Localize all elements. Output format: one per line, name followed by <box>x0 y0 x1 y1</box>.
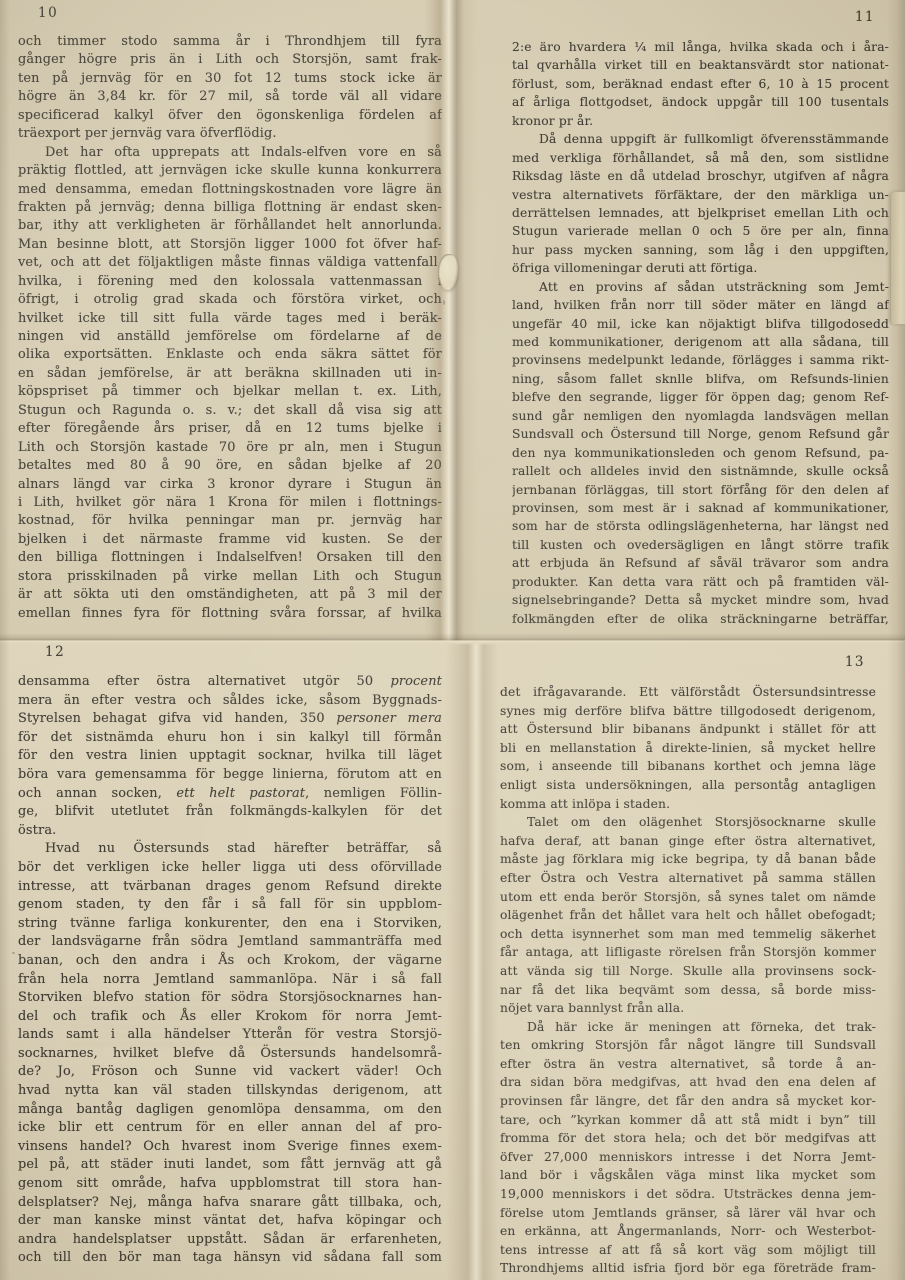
page-text: och timmer stodo samma år i Throndhjem t… <box>18 33 442 623</box>
text-line: hur pass mycken sanning, som låg i den u… <box>512 241 889 259</box>
paper-speck <box>12 952 15 954</box>
text-line: densamma efter östra alternativet utgör … <box>18 673 442 692</box>
text-line: folkmängden efter de olika sträckningarn… <box>512 610 889 628</box>
text-line: det ifrågavarande. Ett välförstådt Öster… <box>500 683 876 702</box>
page-text: det ifrågavarande. Ett välförstådt Öster… <box>500 683 876 1278</box>
text-line: ge, blifvit utetlutet från folkmängds-ka… <box>18 803 442 822</box>
paper-speck <box>443 300 445 305</box>
text-line: att vända sig till Norge. Skulle alla pr… <box>500 962 876 981</box>
text-line: att erbjuda än Refsund af såväl trävaror… <box>512 554 889 572</box>
text-line: del och trafik och Ås eller Krokom för n… <box>18 1008 442 1027</box>
text-line: icke blir ett centrum för en eller annan… <box>18 1119 442 1138</box>
text-line: delsplatser? Nej, många hafva snarare gå… <box>18 1194 442 1213</box>
text-line: der man kanske minst väntat det, hafva k… <box>18 1212 442 1231</box>
text-line: vestra alternativets förfäktare, der den… <box>512 186 889 204</box>
text-line: provinsen, som mest är i saknad af kommu… <box>512 499 889 517</box>
text-line: Stugun varierade mellan 0 och 5 öre per … <box>512 222 889 240</box>
text-line: ungefär 40 mil, icke kan nöjaktigt blifv… <box>512 315 889 333</box>
text-line: bör det verkligen icke heller ligga uti … <box>18 859 442 878</box>
text-line: Sundsvall och Östersund till Norge, geno… <box>512 425 889 443</box>
text-line: af årliga flottgodset, ändock uppgår til… <box>512 93 889 111</box>
text-line: der landsvägarne från södra Jemtland sam… <box>18 933 442 952</box>
text-line: Talet om den olägenhet Storsjösocknarne … <box>500 813 876 832</box>
page-number: 10 <box>38 5 58 21</box>
text-line: den nya kommunikationsleden och genom Re… <box>512 444 889 462</box>
text-line: östra. <box>18 822 442 841</box>
spread-pages-12-13: 12 densamma efter östra alternativet utg… <box>0 642 905 1280</box>
text-line: sund går nemligen den nyomlagda landsväg… <box>512 407 889 425</box>
text-line: bli en mellanstation å direkte-linien, s… <box>500 739 876 758</box>
text-line: 19,000 menniskors i det södra. Utsträcke… <box>500 1185 876 1204</box>
text-line: blefve den segrande, ligger för öppen da… <box>512 388 889 406</box>
text-line: måste jag förklara mig icke begripa, ty … <box>500 850 876 869</box>
text-line: banan, och den andra i Ås och Krokom, de… <box>18 952 442 971</box>
text-line: signelsebringande? Detta så mycket mindr… <box>512 591 889 609</box>
text-line: hvilket icke till sitt fulla värde tages… <box>18 310 442 328</box>
text-line: gånger högre pris än i Lith och Storsjön… <box>18 51 442 69</box>
text-line: vinsens handel? Och hvarest inom Sverige… <box>18 1138 442 1157</box>
text-line: med densamma, emedan flottningskostnaden… <box>18 181 442 199</box>
text-line: präktig flottled, att jernvägen icke sku… <box>18 162 442 180</box>
text-line: efter östra än vestra alternativet, så t… <box>500 1055 876 1074</box>
page-number: 11 <box>855 9 875 25</box>
text-line: Det har ofta upprepats att Indals-elfven… <box>18 144 442 162</box>
page-number: 13 <box>845 654 865 670</box>
text-line: Stugun och Ragunda o. s. v.; det skall d… <box>18 402 442 420</box>
text-line: 2:e äro hvardera ¼ mil långa, hvilka ska… <box>512 38 889 56</box>
text-line: med verkliga förhållandet, så må den, so… <box>512 149 889 167</box>
text-line: tal qvarhålla virket till en beaktansvär… <box>512 56 889 74</box>
text-line: produkter. Kan detta vara rätt och på fr… <box>512 573 889 591</box>
text-line: många bantåg dagligen genomlöpa densamma… <box>18 1101 442 1120</box>
text-line: för det sistnämda ehuru hon i sin kalkyl… <box>18 729 442 748</box>
text-line: Riksdag läste en då utdelad broschyr, ut… <box>512 167 889 185</box>
gutter-shadow <box>446 642 498 1280</box>
text-line: som, i anseende till bibanans korthet oc… <box>500 757 876 776</box>
text-line: efter Östra och Vestra alternativet på s… <box>500 869 876 888</box>
text-line: de? Jo, Fröson och Sunne vid vackert väd… <box>18 1063 442 1082</box>
text-line: frakten på jernväg; denna billiga flottn… <box>18 199 442 217</box>
text-line: rallelt och alldeles invid den sistnämnd… <box>512 462 889 480</box>
text-line: kostnad, för hvilka penningar man pr. je… <box>18 512 442 530</box>
text-line: och timmer stodo samma år i Throndhjem t… <box>18 33 442 51</box>
page-number: 12 <box>45 644 65 660</box>
text-line: tare, och ”kyrkan kommer då att stå midt… <box>500 1111 876 1130</box>
text-line: genom sitt område, hafva uppblomstrat ti… <box>18 1175 442 1194</box>
page-text: densamma efter östra alternativet utgör … <box>18 673 442 1268</box>
text-line: mera än efter vestra och såldes icke, så… <box>18 692 442 711</box>
text-line: en erkänna, att Ångermanlands, Norr- och… <box>500 1222 876 1241</box>
text-line: förlust, som, beräknad endast efter 6, 1… <box>512 75 889 93</box>
text-line: alnars längd var cirka 3 kronor dyrare i… <box>18 476 442 494</box>
text-line: kronor pr år. <box>512 112 889 130</box>
text-line: specificerad kalkyl öfver den ögonskenli… <box>18 107 442 125</box>
text-line: en sådan jemförelse, är att beräkna skil… <box>18 365 442 383</box>
page-12: 12 densamma efter östra alternativet utg… <box>18 642 442 1280</box>
text-line: Storviken blefvo station för södra Stors… <box>18 989 442 1008</box>
text-line: från hela norra Jemtland sammanlöpa. När… <box>18 971 442 990</box>
text-line: lands samt i alla händelser Ytterån för … <box>18 1026 442 1045</box>
text-line: pel på, att städer inuti landet, som fåt… <box>18 1156 442 1175</box>
text-line: komma att inlöpa i staden. <box>500 795 876 814</box>
text-line: string tvänne farliga konkurenter, den e… <box>18 915 442 934</box>
text-line: andra handelsplatser uppstått. Sådan är … <box>18 1231 442 1250</box>
spread-pages-10-11: 10 och timmer stodo samma år i Throndhje… <box>0 0 905 642</box>
text-line: att Östersund blir bibanans ändpunkt i s… <box>500 720 876 739</box>
text-line: i Lith, hvilket gör nära 1 Krona för mil… <box>18 494 442 512</box>
page-11: 11 2:e äro hvardera ¼ mil långa, hvilka … <box>512 0 889 642</box>
text-line: bjelken i det närmaste framme vid kusten… <box>18 531 442 549</box>
text-line: ning, såsom fallet sknlle blifva, om Ref… <box>512 370 889 388</box>
text-line: ningen vid anställd jemförelse om fördel… <box>18 328 442 346</box>
text-line: den billiga flottningen i Indalselfven! … <box>18 549 442 567</box>
text-line: Då denna uppgift är fullkomligt öfverens… <box>512 130 889 148</box>
page-13: 13 det ifrågavarande. Ett välförstådt Ös… <box>500 642 876 1280</box>
text-line: hvilka, i förening med den kolossala vat… <box>18 273 442 291</box>
text-line: nöjet vara bannlyst från alla. <box>500 999 876 1018</box>
text-line: för den vestra linien upptagit socknar, … <box>18 747 442 766</box>
page-text: 2:e äro hvardera ¼ mil långa, hvilka ska… <box>512 38 889 628</box>
text-line: böra vara gemensamma för begge linierna,… <box>18 766 442 785</box>
text-line: land, hvilken från norr till söder mäter… <box>512 296 889 314</box>
text-line: stora prisskilnaden på virke mellan Lith… <box>18 568 442 586</box>
text-line: högre än 3,84 kr. för 27 mil, så torde v… <box>18 88 442 106</box>
page-10: 10 och timmer stodo samma år i Throndhje… <box>18 0 442 642</box>
text-line: med kommunikationer, derigenom att alla … <box>512 333 889 351</box>
text-line: Att en provins af sådan utsträckning som… <box>512 278 889 296</box>
text-line: nar få det lika beqvämt som dessa, så bo… <box>500 981 876 1000</box>
text-line: hafva deraf, att banan ginge efter östra… <box>500 832 876 851</box>
text-line: träexport per jernväg vara öfverflödig. <box>18 125 442 143</box>
text-line: utom ett enda berör Storsjön, så synes t… <box>500 888 876 907</box>
text-line: ten omkring Storsjön får något längre ti… <box>500 1036 876 1055</box>
text-line: öfrigt, i otrolig grad skada och förstör… <box>18 291 442 309</box>
paper-tear <box>438 254 458 290</box>
text-line: synes mig derföre blifva bättre tillgodo… <box>500 702 876 721</box>
text-line: är att sökta uti den omständigheten, att… <box>18 586 442 604</box>
text-line: Styrelsen behagat gifva vid handen, 350 … <box>18 710 442 729</box>
text-line: intresse, att tvärbanan drages genom Ref… <box>18 878 442 897</box>
text-line: hvad nytta kan väl staden tillskyndas de… <box>18 1082 442 1101</box>
text-line: Lith och Storsjön kastade 70 öre pr aln,… <box>18 439 442 457</box>
text-line: köpspriset på timmer och bjelkar mellan … <box>18 383 442 401</box>
text-line: Man besinne blott, att Storsjön ligger 1… <box>18 236 442 254</box>
text-line: och annan socken, ett helt pastorat, nem… <box>18 785 442 804</box>
page-curl <box>891 192 905 324</box>
text-line: olägenhet från det hållet vara helt och … <box>500 906 876 925</box>
text-line: Då här icke är meningen att förneka, det… <box>500 1018 876 1037</box>
text-line: emellan finnes fyra för flottning svåra … <box>18 605 442 623</box>
text-line: Hvad nu Östersunds stad härefter beträff… <box>18 840 442 859</box>
text-line: land bör i vågskålen väga minst lika myc… <box>500 1166 876 1185</box>
text-line: Throndhjems alltid isfria fjord bör ega … <box>500 1259 876 1278</box>
text-line: och detta isynnerhet som man med temmeli… <box>500 925 876 944</box>
text-line: dra sidan böra medgifvas, att hvad den e… <box>500 1073 876 1092</box>
text-line: till kusten och ovedersägligen en långt … <box>512 536 889 554</box>
text-line: får antaga, att lifligaste rörelsen från… <box>500 943 876 962</box>
text-line: öfver 27,000 menniskors intresse i det N… <box>500 1148 876 1167</box>
text-line: jernbanan förläggas, till stort förfång … <box>512 481 889 499</box>
text-line: olika exportsätten. Enklaste och enda sä… <box>18 346 442 364</box>
text-line: fromma för det stora hela; och det bör m… <box>500 1129 876 1148</box>
text-line: derrättelsen lemnades, att bjelkpriset e… <box>512 204 889 222</box>
text-line: öfriga villomeningar deruti att förtiga. <box>512 259 889 277</box>
text-line: socknarnes, hvilket blefve då Östersunds… <box>18 1045 442 1064</box>
text-line: provinsens medelpunkt ledande, förlägges… <box>512 351 889 369</box>
text-line: förelse utom Jemtlands gränser, så lärer… <box>500 1204 876 1223</box>
text-line: genom staden, ty den får i så fall för s… <box>18 896 442 915</box>
text-line: och till den bör man taga hänsyn vid såd… <box>18 1249 442 1268</box>
text-line: efter föregående års priser, då en 12 tu… <box>18 420 442 438</box>
text-line: vet, och att det följaktligen måste finn… <box>18 254 442 272</box>
scanned-book-photo: 10 och timmer stodo samma år i Throndhje… <box>0 0 905 1280</box>
text-line: tens intresse af att få så kort väg som … <box>500 1241 876 1260</box>
text-line: ten på jernväg för en 30 fot 12 tums sto… <box>18 70 442 88</box>
text-line: som har de största odlingslägenheterna, … <box>512 517 889 535</box>
text-line: betaltes med 80 å 90 öre, en sådan bjelk… <box>18 457 442 475</box>
text-line: bar, ithy att verkligheten är förhålland… <box>18 217 442 235</box>
text-line: enligt sista undersökningen, alla person… <box>500 776 876 795</box>
text-line: provinsen får längre, det får den andra … <box>500 1092 876 1111</box>
